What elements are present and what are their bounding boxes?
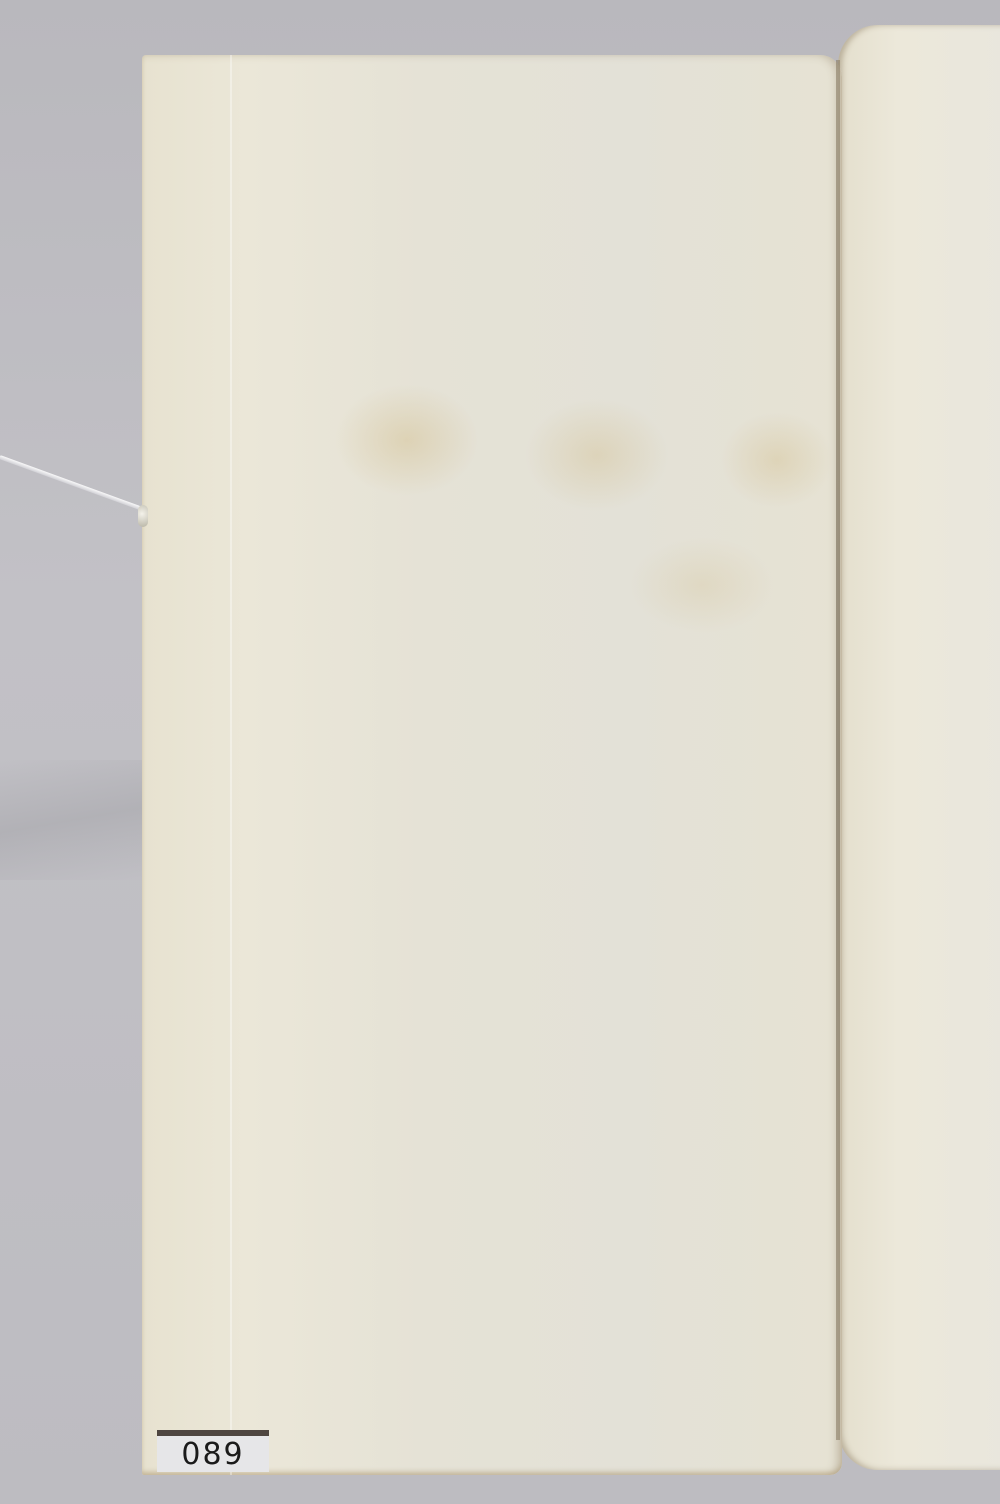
page-fold-line — [230, 55, 232, 1475]
folio-number-tag: 089 — [157, 1430, 269, 1472]
background-shadow — [0, 760, 145, 880]
pin-shaft — [0, 455, 141, 510]
pin-head — [138, 505, 148, 527]
left-page-blank — [142, 55, 842, 1475]
book-gutter — [836, 60, 840, 1440]
right-page — [838, 25, 1000, 1470]
folio-number: 089 — [181, 1437, 244, 1472]
